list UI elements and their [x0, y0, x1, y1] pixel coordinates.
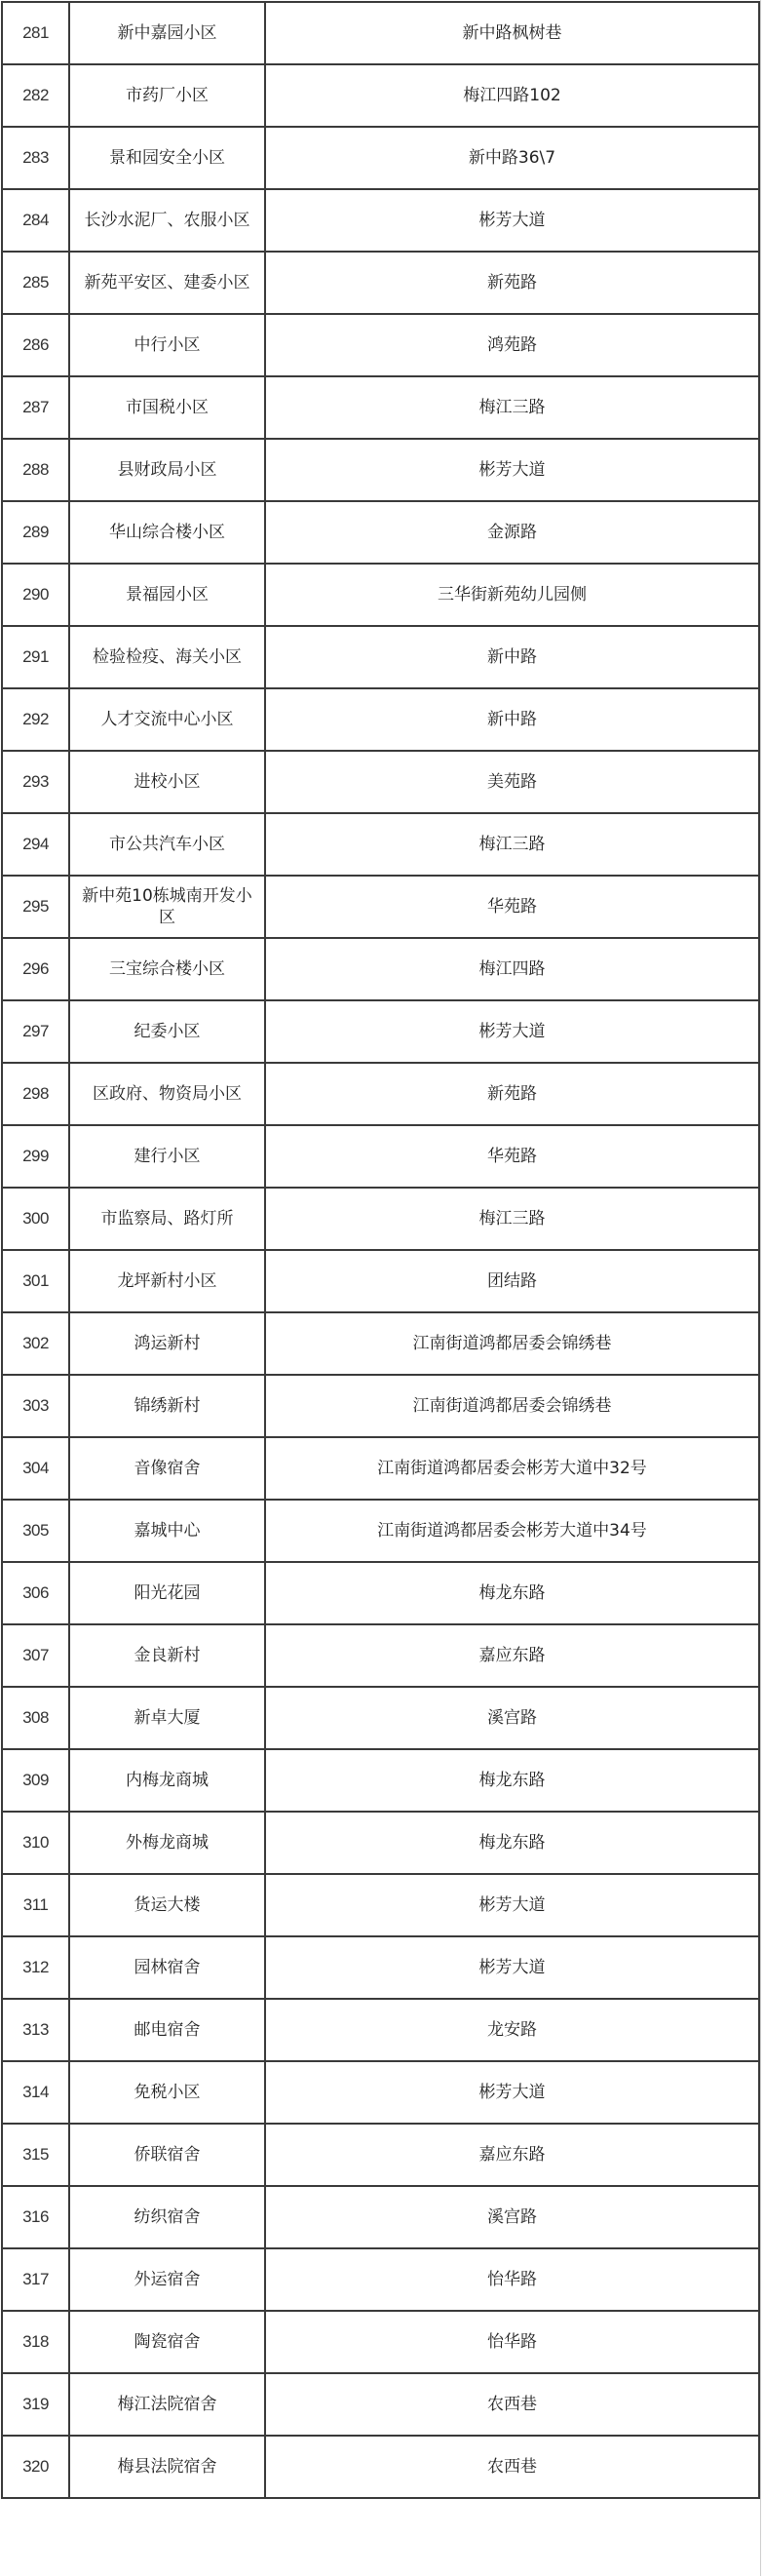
address-cell: 梅龙东路 [265, 1749, 759, 1812]
community-name-cell: 阳光花园 [69, 1562, 265, 1624]
community-name-cell: 龙坪新村小区 [69, 1250, 265, 1312]
row-number-cell: 302 [2, 1312, 69, 1375]
table-row: 297纪委小区彬芳大道 [2, 1000, 759, 1063]
table-row: 300市监察局、路灯所梅江三路 [2, 1188, 759, 1250]
table-row: 315侨联宿舍嘉应东路 [2, 2124, 759, 2186]
address-cell: 新中路 [265, 626, 759, 688]
row-number-cell: 312 [2, 1936, 69, 1999]
community-name-cell: 华山综合楼小区 [69, 501, 265, 564]
table-row: 302鸿运新村江南街道鸿都居委会锦绣巷 [2, 1312, 759, 1375]
address-cell: 溪宫路 [265, 2186, 759, 2248]
row-number-cell: 313 [2, 1999, 69, 2061]
address-cell: 彬芳大道 [265, 1000, 759, 1063]
table-row: 286中行小区鸿苑路 [2, 314, 759, 376]
address-cell: 金源路 [265, 501, 759, 564]
community-name-cell: 景和园安全小区 [69, 127, 265, 189]
row-number-cell: 316 [2, 2186, 69, 2248]
row-number-cell: 292 [2, 688, 69, 751]
community-name-cell: 纺织宿舍 [69, 2186, 265, 2248]
address-cell: 彬芳大道 [265, 2061, 759, 2124]
address-cell: 鸿苑路 [265, 314, 759, 376]
table-row: 301龙坪新村小区团结路 [2, 1250, 759, 1312]
community-name-cell: 新卓大厦 [69, 1687, 265, 1749]
table-row: 313邮电宿舍龙安路 [2, 1999, 759, 2061]
table-row: 291检验检疫、海关小区新中路 [2, 626, 759, 688]
community-name-cell: 侨联宿舍 [69, 2124, 265, 2186]
community-name-cell: 市监察局、路灯所 [69, 1188, 265, 1250]
residential-table: 281新中嘉园小区新中路枫树巷282市药厂小区梅江四路102283景和园安全小区… [1, 1, 760, 2499]
row-number-cell: 283 [2, 127, 69, 189]
table-row: 296三宝综合楼小区梅江四路 [2, 938, 759, 1000]
row-number-cell: 298 [2, 1063, 69, 1125]
row-number-cell: 288 [2, 439, 69, 501]
table-row: 283景和园安全小区新中路36\7 [2, 127, 759, 189]
address-cell: 华苑路 [265, 876, 759, 938]
row-number-cell: 284 [2, 189, 69, 252]
table-row: 295新中苑10栋城南开发小区华苑路 [2, 876, 759, 938]
address-cell: 梅龙东路 [265, 1562, 759, 1624]
community-name-cell: 建行小区 [69, 1125, 265, 1188]
table-row: 292人才交流中心小区新中路 [2, 688, 759, 751]
residential-list-sheet: 281新中嘉园小区新中路枫树巷282市药厂小区梅江四路102283景和园安全小区… [1, 1, 758, 2499]
address-cell: 嘉应东路 [265, 2124, 759, 2186]
table-row: 317外运宿舍怡华路 [2, 2248, 759, 2311]
row-number-cell: 293 [2, 751, 69, 813]
table-row: 288县财政局小区彬芳大道 [2, 439, 759, 501]
table-row: 308新卓大厦溪宫路 [2, 1687, 759, 1749]
row-number-cell: 320 [2, 2436, 69, 2498]
community-name-cell: 新中苑10栋城南开发小区 [69, 876, 265, 938]
address-cell: 龙安路 [265, 1999, 759, 2061]
row-number-cell: 303 [2, 1375, 69, 1437]
row-number-cell: 314 [2, 2061, 69, 2124]
table-body: 281新中嘉园小区新中路枫树巷282市药厂小区梅江四路102283景和园安全小区… [2, 2, 759, 2498]
row-number-cell: 305 [2, 1500, 69, 1562]
table-row: 303锦绣新村江南街道鸿都居委会锦绣巷 [2, 1375, 759, 1437]
community-name-cell: 县财政局小区 [69, 439, 265, 501]
address-cell: 新苑路 [265, 252, 759, 314]
address-cell: 梅江四路 [265, 938, 759, 1000]
row-number-cell: 289 [2, 501, 69, 564]
table-row: 307金良新村嘉应东路 [2, 1624, 759, 1687]
address-cell: 溪宫路 [265, 1687, 759, 1749]
row-number-cell: 318 [2, 2311, 69, 2373]
community-name-cell: 人才交流中心小区 [69, 688, 265, 751]
community-name-cell: 长沙水泥厂、农服小区 [69, 189, 265, 252]
table-row: 294市公共汽车小区梅江三路 [2, 813, 759, 876]
community-name-cell: 锦绣新村 [69, 1375, 265, 1437]
community-name-cell: 市国税小区 [69, 376, 265, 439]
address-cell: 梅江三路 [265, 1188, 759, 1250]
address-cell: 团结路 [265, 1250, 759, 1312]
table-row: 310外梅龙商城梅龙东路 [2, 1812, 759, 1874]
row-number-cell: 301 [2, 1250, 69, 1312]
community-name-cell: 检验检疫、海关小区 [69, 626, 265, 688]
row-number-cell: 281 [2, 2, 69, 64]
community-name-cell: 音像宿舍 [69, 1437, 265, 1500]
community-name-cell: 进校小区 [69, 751, 265, 813]
row-number-cell: 291 [2, 626, 69, 688]
address-cell: 梅江三路 [265, 376, 759, 439]
table-row: 293进校小区美苑路 [2, 751, 759, 813]
community-name-cell: 外梅龙商城 [69, 1812, 265, 1874]
community-name-cell: 鸿运新村 [69, 1312, 265, 1375]
address-cell: 彬芳大道 [265, 439, 759, 501]
row-number-cell: 299 [2, 1125, 69, 1188]
table-row: 299建行小区华苑路 [2, 1125, 759, 1188]
row-number-cell: 296 [2, 938, 69, 1000]
row-number-cell: 297 [2, 1000, 69, 1063]
address-cell: 江南街道鸿都居委会彬芳大道中34号 [265, 1500, 759, 1562]
row-number-cell: 317 [2, 2248, 69, 2311]
row-number-cell: 294 [2, 813, 69, 876]
community-name-cell: 市公共汽车小区 [69, 813, 265, 876]
row-number-cell: 306 [2, 1562, 69, 1624]
address-cell: 梅江三路 [265, 813, 759, 876]
table-row: 281新中嘉园小区新中路枫树巷 [2, 2, 759, 64]
community-name-cell: 市药厂小区 [69, 64, 265, 127]
table-row: 318陶瓷宿舍怡华路 [2, 2311, 759, 2373]
table-row: 316纺织宿舍溪宫路 [2, 2186, 759, 2248]
row-number-cell: 311 [2, 1874, 69, 1936]
address-cell: 江南街道鸿都居委会锦绣巷 [265, 1375, 759, 1437]
address-cell: 江南街道鸿都居委会锦绣巷 [265, 1312, 759, 1375]
row-number-cell: 310 [2, 1812, 69, 1874]
row-number-cell: 285 [2, 252, 69, 314]
address-cell: 江南街道鸿都居委会彬芳大道中32号 [265, 1437, 759, 1500]
page-edge [760, 0, 764, 2576]
address-cell: 彬芳大道 [265, 1874, 759, 1936]
address-cell: 三华街新苑幼儿园侧 [265, 564, 759, 626]
table-row: 314免税小区彬芳大道 [2, 2061, 759, 2124]
row-number-cell: 287 [2, 376, 69, 439]
address-cell: 新中路 [265, 688, 759, 751]
community-name-cell: 纪委小区 [69, 1000, 265, 1063]
row-number-cell: 295 [2, 876, 69, 938]
community-name-cell: 园林宿舍 [69, 1936, 265, 1999]
table-row: 320梅县法院宿舍农西巷 [2, 2436, 759, 2498]
community-name-cell: 景福园小区 [69, 564, 265, 626]
table-row: 285新苑平安区、建委小区新苑路 [2, 252, 759, 314]
address-cell: 华苑路 [265, 1125, 759, 1188]
address-cell: 怡华路 [265, 2311, 759, 2373]
table-row: 304音像宿舍江南街道鸿都居委会彬芳大道中32号 [2, 1437, 759, 1500]
row-number-cell: 307 [2, 1624, 69, 1687]
table-row: 309内梅龙商城梅龙东路 [2, 1749, 759, 1812]
community-name-cell: 区政府、物资局小区 [69, 1063, 265, 1125]
community-name-cell: 金良新村 [69, 1624, 265, 1687]
address-cell: 美苑路 [265, 751, 759, 813]
community-name-cell: 货运大楼 [69, 1874, 265, 1936]
community-name-cell: 免税小区 [69, 2061, 265, 2124]
address-cell: 怡华路 [265, 2248, 759, 2311]
community-name-cell: 外运宿舍 [69, 2248, 265, 2311]
table-row: 287市国税小区梅江三路 [2, 376, 759, 439]
table-row: 284长沙水泥厂、农服小区彬芳大道 [2, 189, 759, 252]
row-number-cell: 319 [2, 2373, 69, 2436]
community-name-cell: 新苑平安区、建委小区 [69, 252, 265, 314]
table-row: 306阳光花园梅龙东路 [2, 1562, 759, 1624]
table-row: 319梅江法院宿舍农西巷 [2, 2373, 759, 2436]
row-number-cell: 304 [2, 1437, 69, 1500]
table-row: 290景福园小区三华街新苑幼儿园侧 [2, 564, 759, 626]
table-row: 298区政府、物资局小区新苑路 [2, 1063, 759, 1125]
table-row: 305嘉城中心江南街道鸿都居委会彬芳大道中34号 [2, 1500, 759, 1562]
row-number-cell: 300 [2, 1188, 69, 1250]
address-cell: 新中路枫树巷 [265, 2, 759, 64]
row-number-cell: 286 [2, 314, 69, 376]
row-number-cell: 315 [2, 2124, 69, 2186]
address-cell: 嘉应东路 [265, 1624, 759, 1687]
address-cell: 梅龙东路 [265, 1812, 759, 1874]
address-cell: 新苑路 [265, 1063, 759, 1125]
community-name-cell: 嘉城中心 [69, 1500, 265, 1562]
table-row: 312园林宿舍彬芳大道 [2, 1936, 759, 1999]
address-cell: 农西巷 [265, 2436, 759, 2498]
community-name-cell: 新中嘉园小区 [69, 2, 265, 64]
address-cell: 农西巷 [265, 2373, 759, 2436]
address-cell: 新中路36\7 [265, 127, 759, 189]
table-row: 311货运大楼彬芳大道 [2, 1874, 759, 1936]
table-row: 289华山综合楼小区金源路 [2, 501, 759, 564]
community-name-cell: 梅县法院宿舍 [69, 2436, 265, 2498]
community-name-cell: 三宝综合楼小区 [69, 938, 265, 1000]
community-name-cell: 陶瓷宿舍 [69, 2311, 265, 2373]
address-cell: 彬芳大道 [265, 189, 759, 252]
row-number-cell: 309 [2, 1749, 69, 1812]
community-name-cell: 内梅龙商城 [69, 1749, 265, 1812]
community-name-cell: 梅江法院宿舍 [69, 2373, 265, 2436]
community-name-cell: 中行小区 [69, 314, 265, 376]
address-cell: 梅江四路102 [265, 64, 759, 127]
row-number-cell: 308 [2, 1687, 69, 1749]
community-name-cell: 邮电宿舍 [69, 1999, 265, 2061]
row-number-cell: 282 [2, 64, 69, 127]
row-number-cell: 290 [2, 564, 69, 626]
address-cell: 彬芳大道 [265, 1936, 759, 1999]
table-row: 282市药厂小区梅江四路102 [2, 64, 759, 127]
